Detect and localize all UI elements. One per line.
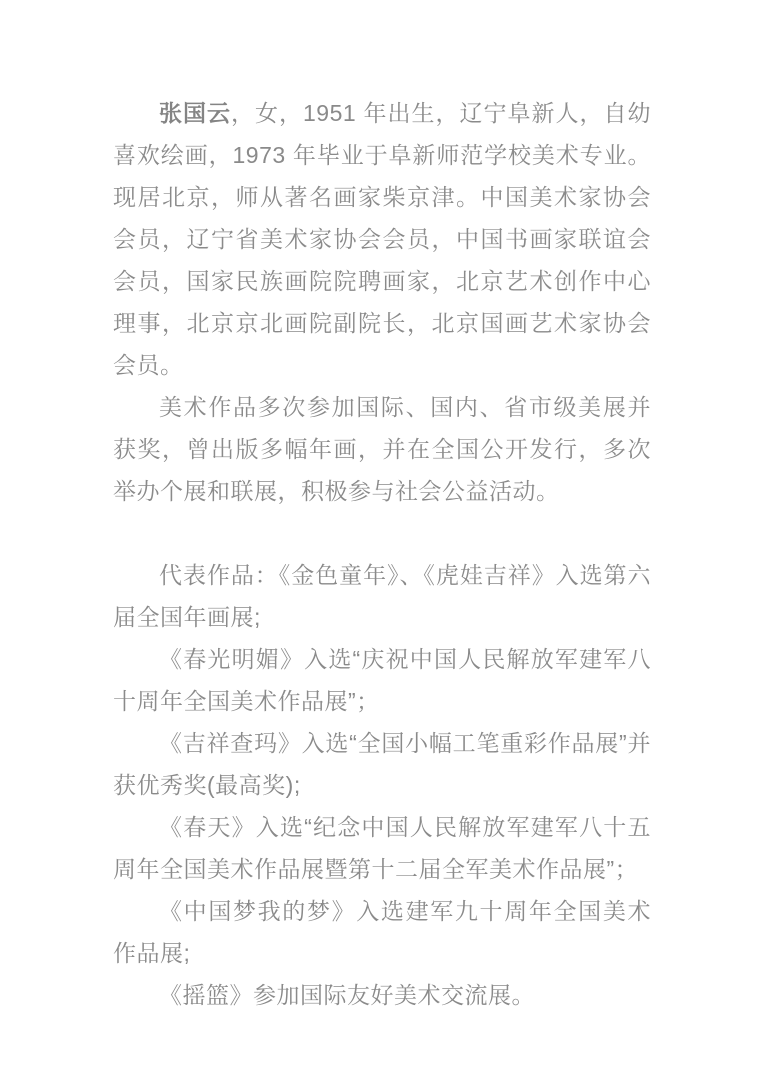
works-paragraph-representative: 代表作品：《金色童年》、《虎娃吉祥》入选第六届全国年画展; (113, 554, 651, 638)
paragraph-spacer (113, 512, 651, 554)
works-paragraph-jixiangchama: 《吉祥查玛》入选“全国小幅工笔重彩作品展”并获优秀奖(最高奖); (113, 722, 651, 806)
works-paragraph-zhongguomeng: 《中国梦我的梦》入选建军九十周年全国美术作品展; (113, 890, 651, 974)
artist-name: 张国云 (159, 100, 231, 126)
activity-summary-paragraph: 美术作品多次参加国际、国内、省市级美展并获奖，曾出版多幅年画，并在全国公开发行，… (113, 386, 651, 512)
intro-paragraph: 张国云，女，1951 年出生，辽宁阜新人，自幼喜欢绘画，1973 年毕业于阜新师… (113, 92, 651, 386)
document-page: 张国云，女，1951 年出生，辽宁阜新人，自幼喜欢绘画，1973 年毕业于阜新师… (0, 0, 763, 1080)
works-paragraph-chunguangmingmei: 《春光明媚》入选“庆祝中国人民解放军建军八十周年全国美术作品展”； (113, 638, 651, 722)
works-paragraph-yaolan: 《摇篮》参加国际友好美术交流展。 (113, 974, 651, 1016)
works-paragraph-chuntian: 《春天》入选“纪念中国人民解放军建军八十五周年全国美术作品展暨第十二届全军美术作… (113, 806, 651, 890)
intro-text: ，女，1951 年出生，辽宁阜新人，自幼喜欢绘画，1973 年毕业于阜新师范学校… (113, 100, 651, 378)
